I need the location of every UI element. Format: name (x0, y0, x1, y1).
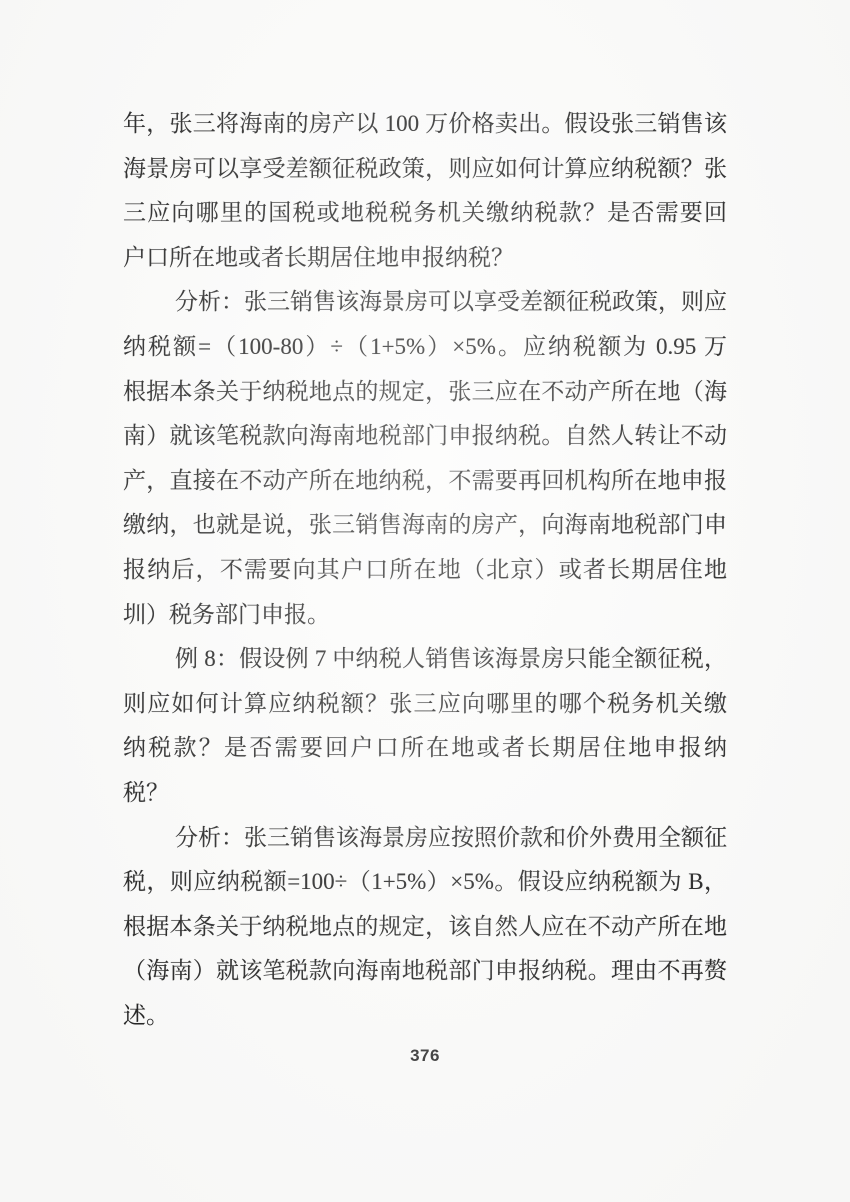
text-line: 根据本条关于纳税地点的规定，该自然人应在不动产所在地 (123, 905, 727, 950)
text-line: 分析：张三销售该海景房应按照价款和价外费用全额征 (123, 816, 727, 861)
text-line: 分析：张三销售该海景房可以享受差额征税政策，则应 (123, 280, 727, 325)
text-line: 述。 (123, 994, 727, 1039)
document-page: 年，张三将海南的房产以 100 万价格卖出。假设张三销售该海景房可以享受差额征税… (0, 0, 850, 1202)
text-line: 税？ (123, 771, 727, 816)
text-line: （海南）就该笔税款向海南地税部门申报纳税。理由不再赘 (123, 949, 727, 994)
body-text: 年，张三将海南的房产以 100 万价格卖出。假设张三销售该海景房可以享受差额征税… (123, 102, 727, 1038)
text-line: 海景房可以享受差额征税政策，则应如何计算应纳税额？张 (123, 147, 727, 192)
text-line: 三应向哪里的国税或地税税务机关缴纳税款？是否需要回 (123, 191, 727, 236)
text-line: 则应如何计算应纳税额？张三应向哪里的哪个税务机关缴 (123, 682, 727, 727)
text-line: 纳税款？是否需要回户口所在地或者长期居住地申报纳 (123, 726, 727, 771)
page-number: 376 (0, 1046, 850, 1066)
text-line: 根据本条关于纳税地点的规定，张三应在不动产所在地（海 (123, 370, 727, 415)
text-line: 纳税额=（100-80）÷（1+5%）×5%。应纳税额为 0.95 万元， (123, 325, 727, 370)
text-line: 户口所在地或者长期居住地申报纳税？ (123, 236, 727, 281)
text-line: 报纳后，不需要向其户口所在地（北京）或者长期居住地（深 (123, 548, 727, 593)
text-line: 圳）税务部门申报。 (123, 593, 727, 638)
text-line: 产，直接在不动产所在地纳税，不需要再回机构所在地申报 (123, 459, 727, 504)
text-line: 例 8：假设例 7 中纳税人销售该海景房只能全额征税， (123, 637, 727, 682)
text-line: 年，张三将海南的房产以 100 万价格卖出。假设张三销售该 (123, 102, 727, 147)
text-line: 南）就该笔税款向海南地税部门申报纳税。自然人转让不动 (123, 414, 727, 459)
text-line: 缴纳，也就是说，张三销售海南的房产，向海南地税部门申 (123, 503, 727, 548)
text-line: 税，则应纳税额=100÷（1+5%）×5%。假设应纳税额为 B， (123, 860, 727, 905)
